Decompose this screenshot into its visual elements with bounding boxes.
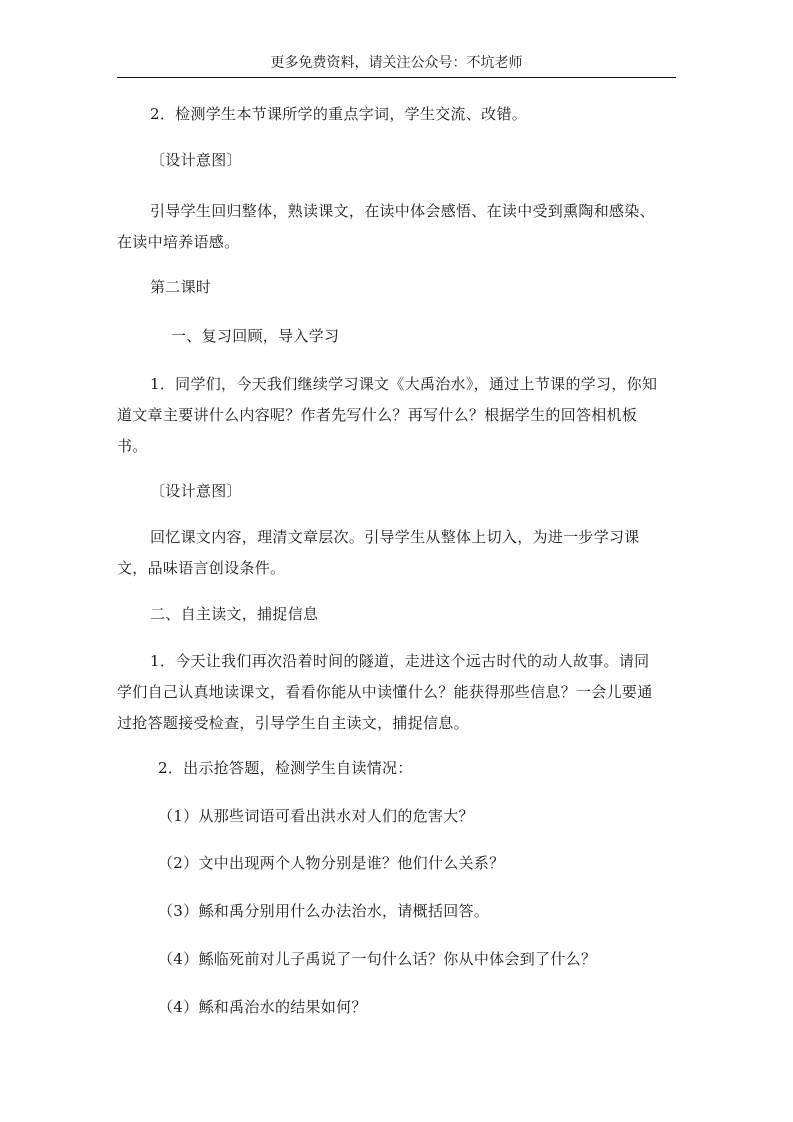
paragraph-design-intent-2: 回忆课文内容，理清文章层次。引导学生从整体上切入，为进一步学习课文，品味语言创设…: [117, 522, 663, 584]
question-item-5: （4）鲧和禹治水的结果如何？: [158, 992, 658, 1023]
question-item-3: （3）鲧和禹分别用什么办法治水，请概括回答。: [158, 896, 658, 927]
question-label: （1）: [158, 807, 198, 825]
paragraph-check-words: 2．检测学生本节课所学的重点字词，学生交流、改错。: [117, 99, 663, 130]
paragraph-design-intent-1: 引导学生回归整体，熟读课文，在读中体会感悟、在读中受到熏陶和感染、在读中培养语感…: [117, 196, 663, 258]
question-text: 从那些词语可看出洪水对人们的危害大？: [198, 807, 473, 825]
paragraph-quiz-intro: 2．出示抢答题，检测学生自读情况：: [158, 753, 658, 784]
question-text: 鲧和禹治水的结果如何？: [198, 998, 366, 1016]
question-label: （3）: [158, 902, 198, 920]
question-text: 鲧临死前对儿子禹说了一句什么话？你从中体会到了什么？: [198, 950, 596, 968]
page-header: 更多免费资料，请关注公众号：不坑老师: [117, 54, 676, 72]
question-item-2: （2）文中出现两个人物分别是谁？他们什么关系？: [158, 848, 658, 879]
design-intent-heading-1: 〔设计意图〕: [117, 145, 663, 176]
design-intent-heading-2: 〔设计意图〕: [117, 476, 663, 507]
header-divider: [117, 77, 676, 78]
paragraph-self-reading: 1．今天让我们再次沿着时间的隧道，走进这个远古时代的动人故事。请同学们自己认真地…: [117, 646, 663, 739]
question-text: 文中出现两个人物分别是谁？他们什么关系？: [198, 854, 504, 872]
question-text: 鲧和禹分别用什么办法治水，请概括回答。: [198, 902, 489, 920]
paragraph-review: 1．同学们，今天我们继续学习课文《大禹治水》，通过上节课的学习，你知道文章主要讲…: [117, 369, 663, 462]
lesson-two-heading: 第二课时: [117, 272, 663, 303]
question-item-1: （1）从那些词语可看出洪水对人们的危害大？: [158, 801, 658, 832]
section-one-heading: 一、复习回顾，导入学习: [117, 321, 663, 352]
question-item-4: （4）鲧临死前对儿子禹说了一句什么话？你从中体会到了什么？: [158, 944, 658, 975]
question-label: （4）: [158, 950, 198, 968]
question-label: （2）: [158, 854, 198, 872]
question-label: （4）: [158, 998, 198, 1016]
section-two-heading: 二、自主读文，捕捉信息: [117, 599, 663, 630]
